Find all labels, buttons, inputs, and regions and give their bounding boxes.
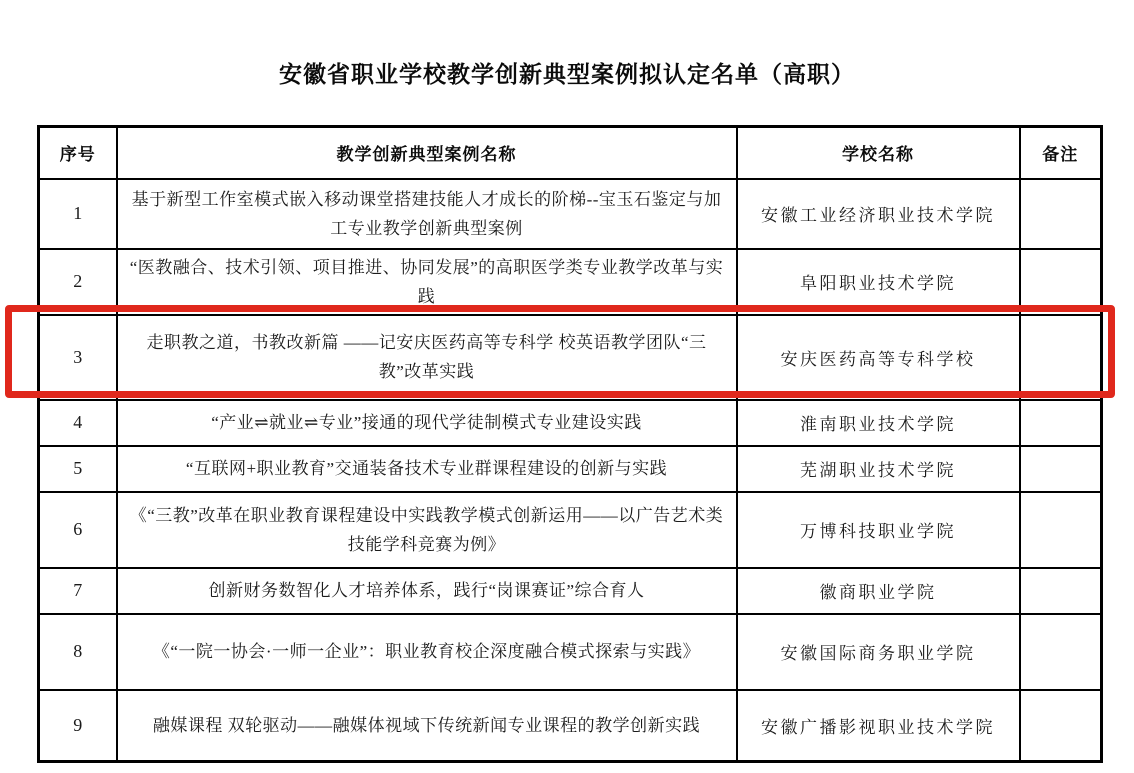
- row-case-name: 创新财务数智化人才培养体系，践行“岗课赛证”综合育人: [117, 568, 737, 614]
- header-remark: 备注: [1020, 127, 1102, 179]
- row-no: 9: [39, 690, 117, 762]
- row-remark: [1020, 446, 1102, 492]
- header-school: 学校名称: [737, 127, 1020, 179]
- row-no: 7: [39, 568, 117, 614]
- row-school: 徽商职业学院: [737, 568, 1020, 614]
- row-school: 万博科技职业学院: [737, 492, 1020, 568]
- row-remark: [1020, 690, 1102, 762]
- table-row: 4 “产业⇌就业⇌专业”接通的现代学徒制模式专业建设实践 淮南职业技术学院: [39, 400, 1102, 446]
- page-title: 安徽省职业学校教学创新典型案例拟认定名单（高职）: [0, 56, 1134, 89]
- row-case-name: “医教融合、技术引领、项目推进、协同发展”的高职医学类专业教学改革与实践: [117, 249, 737, 315]
- row-school: 淮南职业技术学院: [737, 400, 1020, 446]
- table-header-row: 序号 教学创新典型案例名称 学校名称 备注: [39, 127, 1102, 179]
- row-case-name: 《“三教”改革在职业教育课程建设中实践教学模式创新运用——以广告艺术类技能学科竞…: [117, 492, 737, 568]
- row-school: 安徽工业经济职业技术学院: [737, 179, 1020, 249]
- row-no: 6: [39, 492, 117, 568]
- row-remark: [1020, 568, 1102, 614]
- row-case-name: “产业⇌就业⇌专业”接通的现代学徒制模式专业建设实践: [117, 400, 737, 446]
- table-row: 2 “医教融合、技术引领、项目推进、协同发展”的高职医学类专业教学改革与实践 阜…: [39, 249, 1102, 315]
- row-remark: [1020, 492, 1102, 568]
- document-page: 安徽省职业学校教学创新典型案例拟认定名单（高职） 序号 教学创新典型案例名称 学…: [0, 0, 1134, 773]
- row-no: 3: [39, 315, 117, 400]
- row-case-name: “互联网+职业教育”交通装备技术专业群课程建设的创新与实践: [117, 446, 737, 492]
- table-row: 9 融媒课程 双轮驱动——融媒体视域下传统新闻专业课程的教学创新实践 安徽广播影…: [39, 690, 1102, 762]
- row-school: 阜阳职业技术学院: [737, 249, 1020, 315]
- row-no: 2: [39, 249, 117, 315]
- table-row: 1 基于新型工作室模式嵌入移动课堂搭建技能人才成长的阶梯--宝玉石鉴定与加工专业…: [39, 179, 1102, 249]
- table-row: 6 《“三教”改革在职业教育课程建设中实践教学模式创新运用——以广告艺术类技能学…: [39, 492, 1102, 568]
- row-case-name: 走职教之道，书教改新篇 ——记安庆医药高等专科学 校英语教学团队“三教”改革实践: [117, 315, 737, 400]
- table-row: 5 “互联网+职业教育”交通装备技术专业群课程建设的创新与实践 芜湖职业技术学院: [39, 446, 1102, 492]
- row-school: 安庆医药高等专科学校: [737, 315, 1020, 400]
- table-row: 7 创新财务数智化人才培养体系，践行“岗课赛证”综合育人 徽商职业学院: [39, 568, 1102, 614]
- table-row: 8 《“一院一协会·一师一企业”：职业教育校企深度融合模式探索与实践》 安徽国际…: [39, 614, 1102, 690]
- row-school: 芜湖职业技术学院: [737, 446, 1020, 492]
- header-no: 序号: [39, 127, 117, 179]
- row-no: 8: [39, 614, 117, 690]
- row-remark: [1020, 614, 1102, 690]
- row-remark: [1020, 315, 1102, 400]
- row-school: 安徽国际商务职业学院: [737, 614, 1020, 690]
- row-case-name: 融媒课程 双轮驱动——融媒体视域下传统新闻专业课程的教学创新实践: [117, 690, 737, 762]
- row-remark: [1020, 179, 1102, 249]
- row-school: 安徽广播影视职业技术学院: [737, 690, 1020, 762]
- row-remark: [1020, 249, 1102, 315]
- row-no: 1: [39, 179, 117, 249]
- row-case-name: 《“一院一协会·一师一企业”：职业教育校企深度融合模式探索与实践》: [117, 614, 737, 690]
- row-case-name: 基于新型工作室模式嵌入移动课堂搭建技能人才成长的阶梯--宝玉石鉴定与加工专业教学…: [117, 179, 737, 249]
- row-no: 4: [39, 400, 117, 446]
- header-case-name: 教学创新典型案例名称: [117, 127, 737, 179]
- table-row-highlighted: 3 走职教之道，书教改新篇 ——记安庆医药高等专科学 校英语教学团队“三教”改革…: [39, 315, 1102, 400]
- row-no: 5: [39, 446, 117, 492]
- recognition-list-table: 序号 教学创新典型案例名称 学校名称 备注 1 基于新型工作室模式嵌入移动课堂搭…: [37, 125, 1103, 763]
- row-remark: [1020, 400, 1102, 446]
